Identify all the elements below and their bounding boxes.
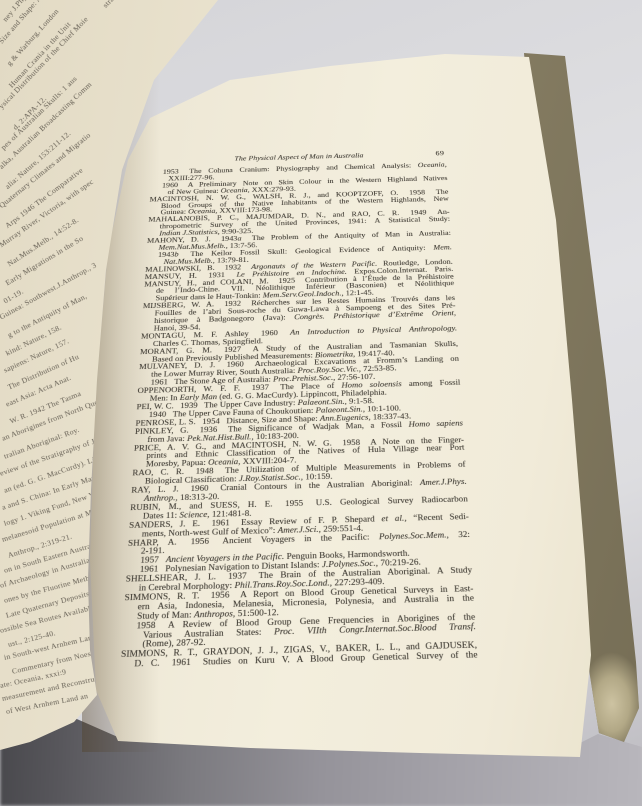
left-page-text-fragment: stralia — [101, 0, 122, 10]
bibliography-text: The Physical Aspect of Man in Australia … — [120, 150, 478, 670]
book-page-photo: The Physical Aspect of Man in Australia … — [0, 0, 642, 806]
bibliography-lines: 1953 The Cohuna Cranium: Physiography an… — [120, 162, 478, 670]
page-number: 69 — [435, 150, 444, 157]
